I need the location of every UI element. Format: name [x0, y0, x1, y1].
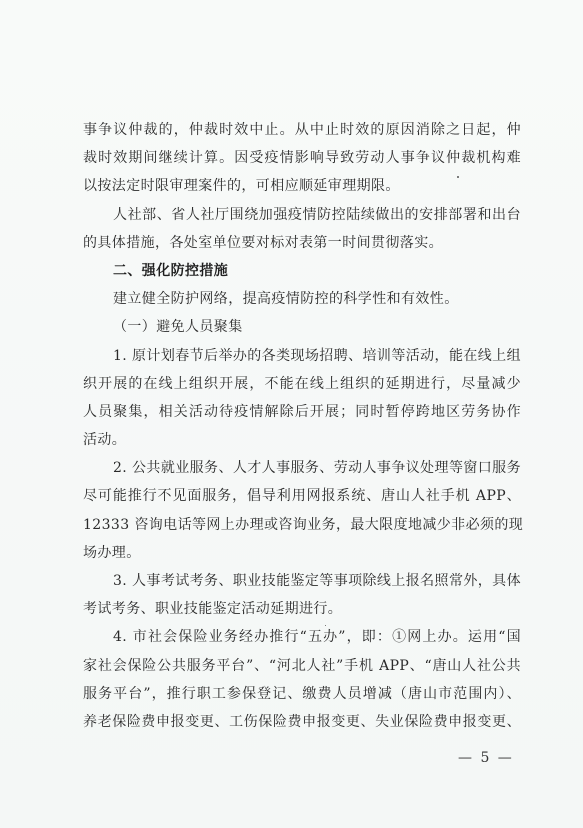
section-heading: 二、强化防控措施 [83, 257, 521, 285]
text-line: 建立健全防护网络，提高疫情防控的科学性和有效性。 [83, 285, 521, 313]
document-page: 事争议仲裁的，仲裁时效中止。从中止时效的原因消除之日起，仲 裁时效期间继续计算。… [0, 0, 583, 828]
text-line: 12333 咨询电话等网上办理或咨询业务，最大限度地减少非必须的现 [83, 511, 521, 539]
text-line: 裁时效期间继续计算。因受疫情影响导致劳动人事争议仲裁机构难 [83, 144, 521, 172]
document-body: 事争议仲裁的，仲裁时效中止。从中止时效的原因消除之日起，仲 裁时效期间继续计算。… [83, 116, 521, 736]
text-line: 活动。 [83, 426, 521, 454]
text-line: 服务平台”，推行职工参保登记、缴费人员增减（唐山市范围内）、 [83, 680, 521, 708]
text-line: 场办理。 [83, 539, 521, 567]
text-line: 人员聚集，相关活动待疫情解除后开展；同时暂停跨地区劳务协作 [83, 398, 521, 426]
page-number: — 5 — [458, 750, 514, 766]
text-line: 4. 市社会保险业务经办推行“五办”，即：①网上办。运用“国 [83, 623, 521, 651]
text-line: 织开展的在线上组织开展，不能在线上组织的延期进行，尽量减少 [83, 370, 521, 398]
text-line: 1. 原计划春节后举办的各类现场招聘、培训等活动，能在线上组 [83, 342, 521, 370]
text-line: 尽可能推行不见面服务，倡导利用网报系统、唐山人社手机 APP、 [83, 482, 521, 510]
text-line: 事争议仲裁的，仲裁时效中止。从中止时效的原因消除之日起，仲 [83, 116, 521, 144]
text-line: 家社会保险公共服务平台”、“河北人社”手机 APP、“唐山人社公共 [83, 652, 521, 680]
text-line: 以按法定时限审理案件的，可相应顺延审理期限。 [83, 172, 521, 200]
text-line: 2. 公共就业服务、人才人事服务、劳动人事争议处理等窗口服务 [83, 454, 521, 482]
subsection-heading: （一）避免人员聚集 [83, 313, 521, 341]
text-line: 的具体措施，各处室单位要对标对表第一时间贯彻落实。 [83, 229, 521, 257]
scan-speck [457, 176, 459, 178]
text-line: 考试考务、职业技能鉴定活动延期进行。 [83, 595, 521, 623]
text-line: 3. 人事考试考务、职业技能鉴定等事项除线上报名照常外，具体 [83, 567, 521, 595]
text-line: 人社部、省人社厅围绕加强疫情防控陆续做出的安排部署和出台 [83, 201, 521, 229]
scan-speck [325, 625, 326, 626]
text-line: 养老保险费申报变更、工伤保险费申报变更、失业保险费申报变更、 [83, 708, 521, 736]
